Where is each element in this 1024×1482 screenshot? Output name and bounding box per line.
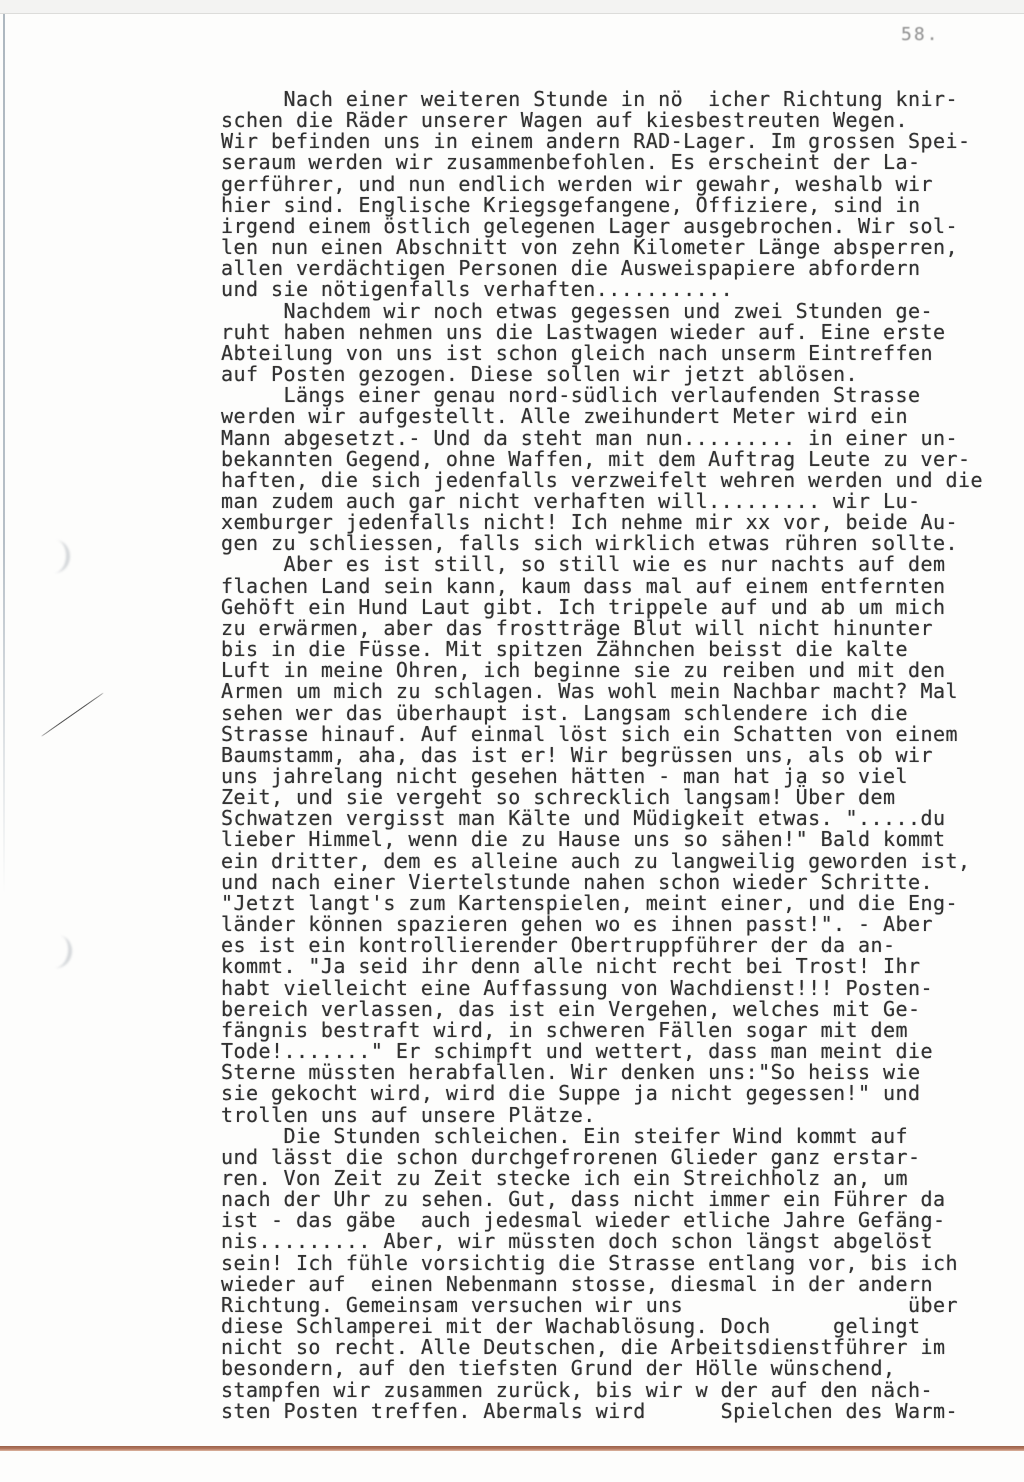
typewritten-text: Nach einer weiteren Stunde in nö icher R… — [221, 89, 983, 1422]
punch-hole-mark-top — [39, 539, 71, 574]
scanned-page: 58. Nach einer weiteren Stunde in nö ich… — [0, 0, 1024, 1482]
page-number: 58. — [901, 24, 940, 45]
punch-hole-mark-bottom — [39, 933, 74, 971]
scan-edge-top — [0, 13, 1024, 14]
scan-top-strip — [0, 0, 1024, 13]
bottom-rule — [0, 1446, 1024, 1451]
pen-stroke-mark — [41, 692, 104, 736]
scan-edge-left — [3, 14, 5, 894]
